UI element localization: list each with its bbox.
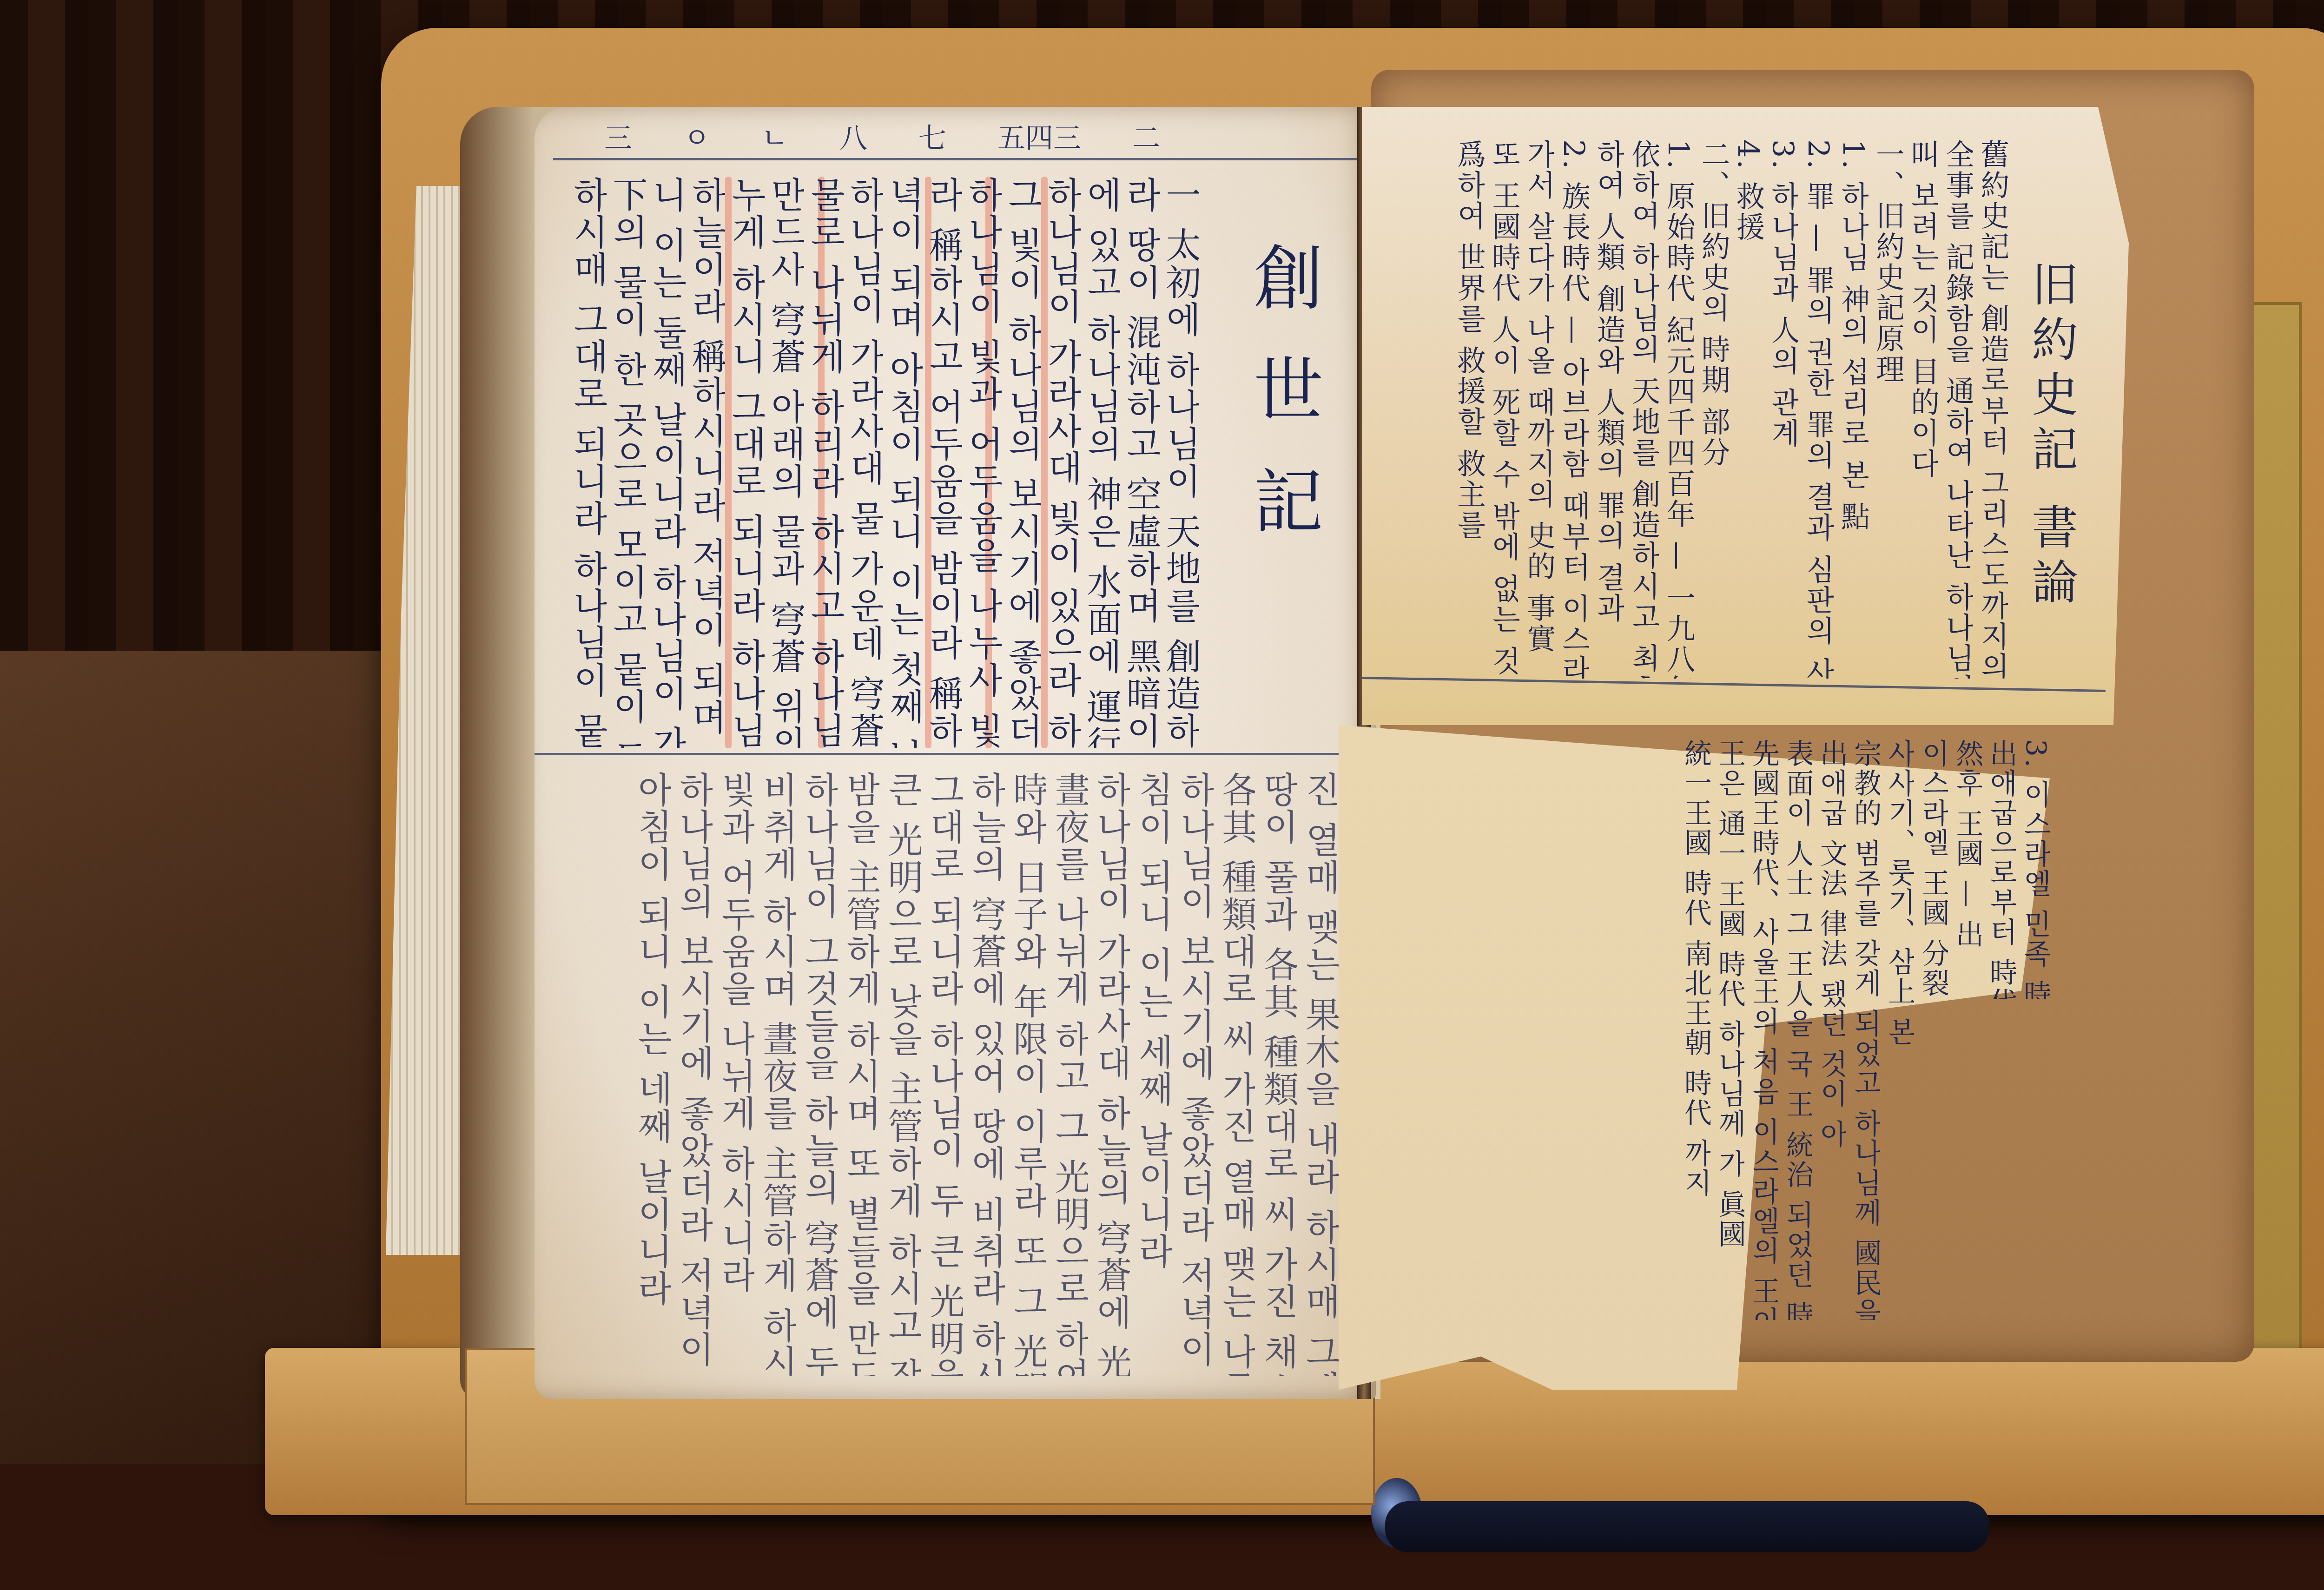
header-mark: 五四三 [997, 116, 1081, 156]
left-page-header-marks: 三 ㅇ ㄴ 八 七 五四三 二 [604, 116, 1160, 156]
text-column: 하나님이 가라사대 물 가운데 穹蒼이 있어 물과 [848, 177, 883, 748]
text-column: 침이 되니 이는 세째 날이니라 [1135, 772, 1172, 1376]
text-column: 晝夜를 나뉘게 하고 그 光明으로 하여 徵兆와 四 [1051, 772, 1088, 1376]
text-column: 하나님의 보시기에 좋았더라 저녁이 되며 [675, 772, 713, 1376]
left-page-lower-text: 진 열매 맺는 果木을 내라 하시매 그대로 되어 땅이 풀과 各其 種類대로 … [572, 772, 1339, 1376]
text-column: 統一王國 時代 南北王朝 時代 까지 [1681, 739, 1710, 1320]
right-page-lower-text: 3. 이스라엘 민족 時代 出애굽으로부터 時代까지 然후 王國 — 出 이스라… [1353, 739, 2050, 1380]
text-column: 하여 人類 創造와 人類의 罪의 결과 [1594, 139, 1624, 679]
text-column: 빛과 어두움을 나뉘게 하시니라 [717, 772, 754, 1376]
text-column: 1. 하나님 神의 섭리로 본 點 [1838, 139, 1868, 679]
text-column: 二、旧約史의 時期 部分 [1698, 139, 1729, 679]
text-column: 出애굽 文法 律法 됐던 것이 아 [1817, 739, 1846, 1320]
header-mark: 七 [918, 116, 946, 156]
text-column: 全事를 記錄함을 通하여 나타난 하나님의 섭리를 하 [1943, 139, 1973, 679]
text-column: 2. 族長時代 — 아브라함 때부터 이스라엘이 애굽에 [1559, 139, 1589, 679]
text-column: 舊約史記는 創造로부터 그리스도까지의 간단의 연구하여 [1978, 139, 2008, 679]
text-column: 이스라엘 王國 分裂 [1919, 739, 1948, 999]
text-column: 하나님이 빛과 어두움을 나누사 빛을 낮이 [967, 177, 1002, 748]
text-column: 然후 王國 — 出 [1953, 739, 1982, 999]
header-rule [553, 158, 1357, 160]
text-column: 4. 救援 [1733, 139, 1763, 679]
text-column: 에 있고 하나님의 神은 水面에 運行하시니라 [1085, 177, 1120, 748]
text-column: 表面이 人士 그 王人을 국 王 統治 되었던 時代 [1783, 739, 1812, 1320]
text-column: 一 太初에 하나님이 天地를 創造하시니 [1164, 177, 1199, 748]
text-column: 하시매 그대로 되니라 하나님이 뭍을 땅이 [572, 177, 607, 748]
text-column: 各其 種類대로 씨 가진 열매 맺는 나무를 내니 [1218, 772, 1255, 1376]
mid-rule-left [535, 753, 1362, 755]
text-column: 3. 하나님과 人의 관계 [1768, 139, 1798, 679]
text-column: 비취게 하시며 晝夜를 主管하게 하시며 [759, 772, 796, 1376]
text-column: 出애굽으로부터 時代까지 [1987, 739, 2016, 999]
text-column: 하늘의 穹蒼에 있어 땅에 비취라 하시고 [968, 772, 1005, 1376]
text-column: 물로 나뉘게 하리라 하시고 하나님이 穹蒼을 [809, 177, 844, 748]
text-column: 그대로 되니라 하나님이 두 큰 光明을 만드사 [926, 772, 963, 1376]
text-column: 叫 보려는 것이 目的이다 [1908, 139, 1938, 679]
text-column: 先國王時代、사울王의 처음 이스라엘의 王이 되다 [1749, 739, 1778, 1320]
stand-metal-clip [1385, 1501, 1989, 1552]
text-column: 1. 原始時代 紀元四千四百年 — 一九八年 [1664, 139, 1694, 679]
text-column: 큰 光明으로 낮을 主管하게 하시고 작은 光明으로 [884, 772, 921, 1376]
book-title-genesis: 創世記 [1232, 242, 1332, 576]
text-column: 진 열매 맺는 果木을 내라 하시매 그대로 되어 [1301, 772, 1339, 1376]
text-column: 하늘이라 稱하시니라 저녁이 되며 아침이 되 [690, 177, 725, 748]
header-mark: 八 [839, 116, 867, 156]
text-column: 하나님이 가라사대 빛이 있으라 하시매 빛이 있었고 [1046, 177, 1081, 748]
text-column: 니 이는 둘째 날이니라 하나님이 가라사대 天 [651, 177, 686, 748]
text-column: 라 稱하시고 어두움을 밤이라 稱하시니라 저 [927, 177, 962, 748]
right-page-upper-text: 舊約史記는 創造로부터 그리스도까지의 간단의 연구하여 全事를 記錄함을 通하… [1404, 139, 2008, 679]
text-column: 땅이 풀과 各其 種類대로 씨 가진 채소와 [1260, 772, 1297, 1376]
text-column: 사사기、룻기、삼上 본 [1885, 739, 1914, 1320]
left-page-upper-text: 一 太初에 하나님이 天地를 創造하시니 라 땅이 混沌하고 空虛하며 黑暗이 … [572, 177, 1199, 748]
text-column: 하나님이 보시기에 좋았더라 저녁이 되며 아 [1176, 772, 1214, 1376]
text-column: 아침이 되니 이는 네째 날이니라 [634, 772, 671, 1376]
text-column: 누게 하시니 그대로 되니라 하나님이 穹蒼을 [730, 177, 765, 748]
text-column: 또 王國時代 人이 死할 수 밖에 없는 것을 救援 [1489, 139, 1519, 679]
text-column: 만드사 穹蒼 아래의 물과 穹蒼 위의 물로 나 [769, 177, 804, 748]
text-column: 하나님이 가라사대 하늘의 穹蒼에 光明이 있어 [1093, 772, 1130, 1376]
header-mark: ㄴ [761, 116, 788, 156]
text-column: 가서 살다가 나올 때까지의 史的 事實 [1524, 139, 1554, 679]
text-column: 時와 日子와 年限이 이루라 또 그 光明이 [1010, 772, 1047, 1376]
header-mark: 三 [604, 116, 632, 156]
text-column: 依하여 하나님의 天地를 創造하시고 최초로 歸 [1629, 139, 1659, 679]
header-mark: 二 [1132, 116, 1160, 156]
text-column: 下의 물이 한 곳으로 모이고 뭍이 드러나라 [611, 177, 646, 748]
text-column: 하나님이 그것들을 하늘의 穹蒼에 두어 땅에 [801, 772, 838, 1376]
header-mark: ㅇ [683, 116, 710, 156]
text-column: 王은 通一 王國 時代 하나님께 가 眞國 [1715, 739, 1744, 1320]
text-column: 3. 이스라엘 민족 時代 [2020, 739, 2050, 999]
text-column: 라 땅이 混沌하고 空虛하며 黑暗이 깊음 위 [1125, 177, 1160, 748]
text-column: 밤을 主管하게 하시며 또 별들을 만드시고 [842, 772, 879, 1376]
text-column: 爲하여 世界를 救援할 救主를 [1454, 139, 1485, 679]
text-column: 一、旧約史記原理 [1873, 139, 1903, 679]
text-column: 그 빛이 하나님의 보시기에 좋았더라 [1006, 177, 1041, 748]
text-column: 宗教的 범주를 갖게 되었고 하나님께 國民을 위 政治的 [1851, 739, 1880, 1320]
text-column: 녁이 되며 아침이 되니 이는 첫째 날이니라 [888, 177, 923, 748]
text-column: 2. 罪 — 罪의 권한 罪의 결과 심판의 사실 [1803, 139, 1833, 679]
right-page-title: 旧約史記 書論 [2017, 260, 2084, 613]
